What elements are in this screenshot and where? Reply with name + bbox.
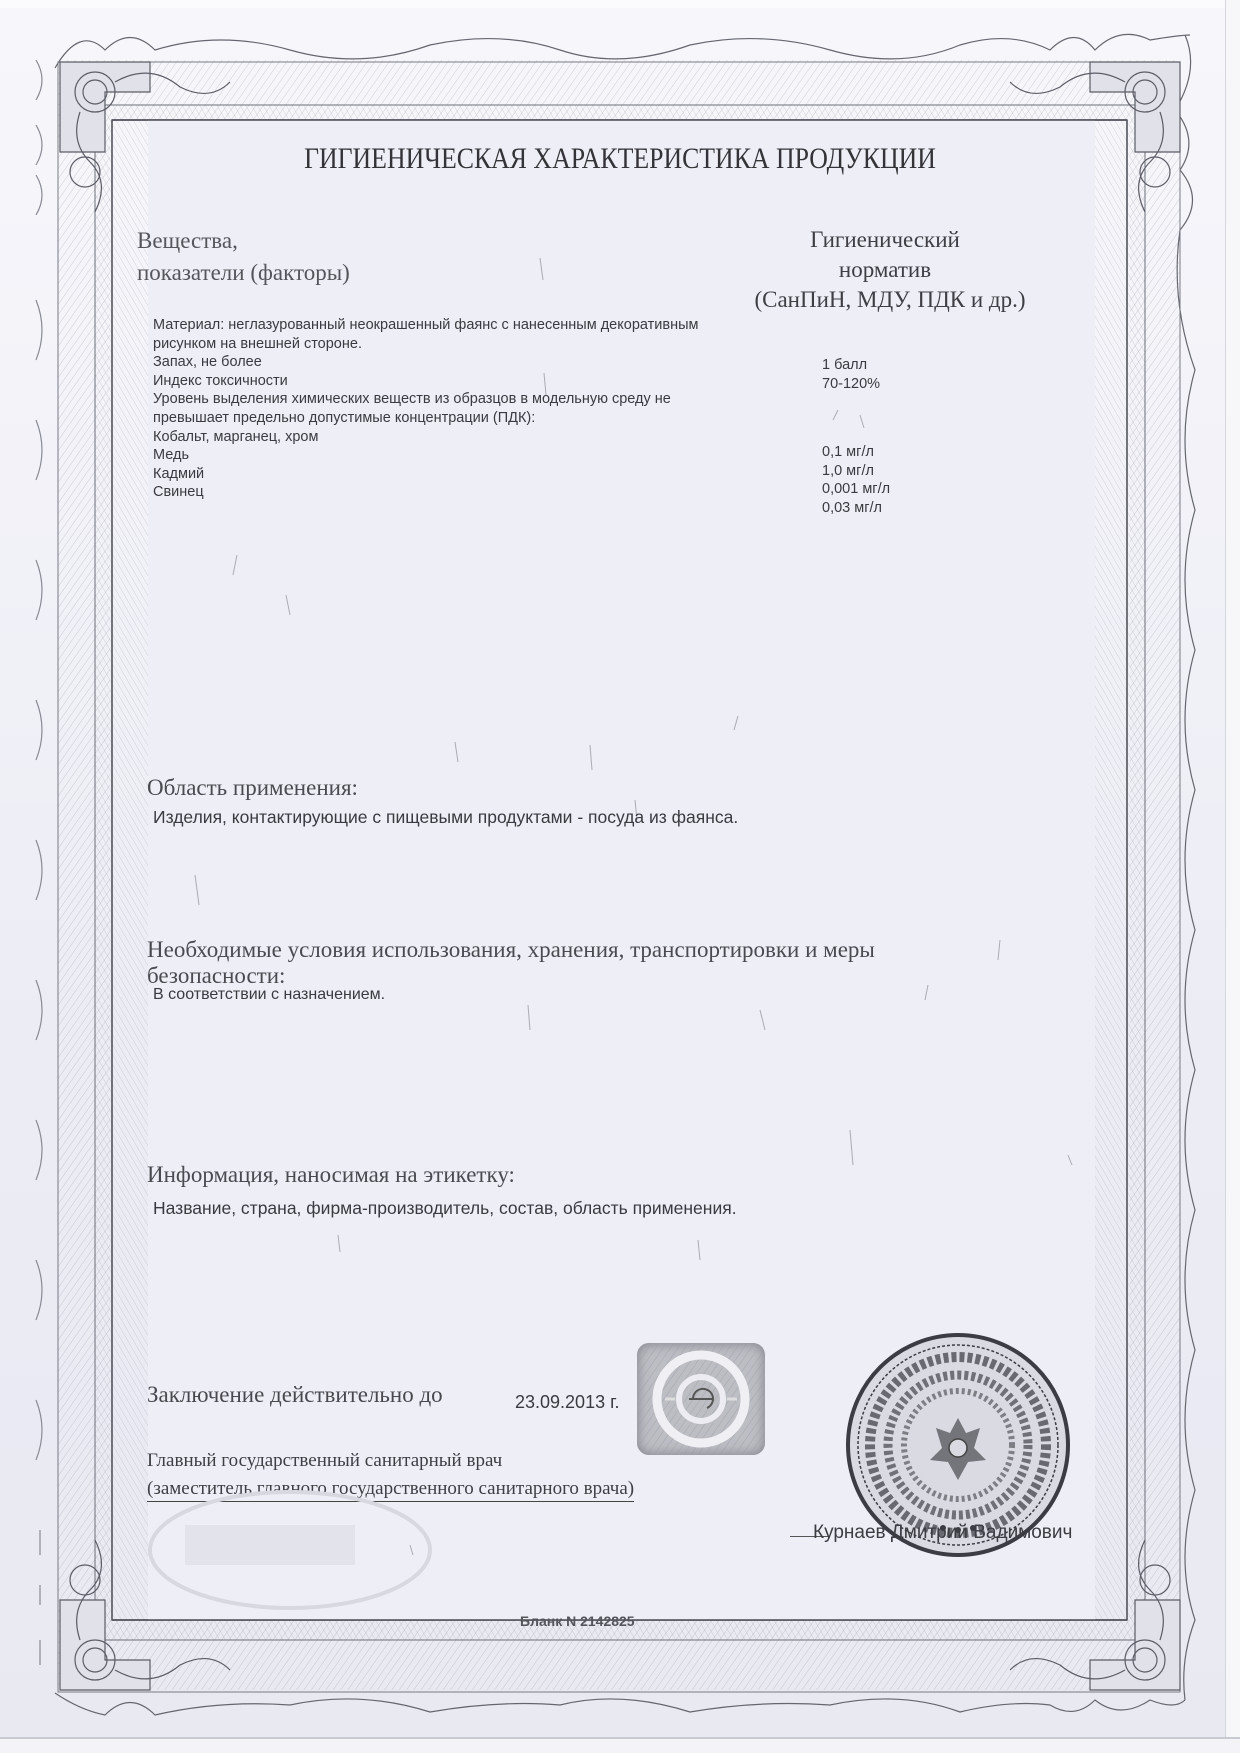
column-header-substances: Вещества, показатели (факторы) (137, 225, 350, 289)
norm-values-group1: 1 балл 70-120% (822, 356, 880, 393)
label-info-body: Название, страна, фирма-производитель, с… (153, 1198, 737, 1219)
properties-list: Материал: неглазурованный неокрашенный ф… (153, 316, 698, 502)
column-header-norm-line1: Гигиенический (720, 225, 1050, 255)
column-header-norm-line2: норматив (720, 255, 1050, 285)
property-label: Индекс токсичности (153, 372, 698, 391)
label-info-heading: Информация, наносимая на этикетку: (147, 1162, 515, 1188)
validity-date: 23.09.2013 г. (515, 1392, 619, 1413)
signatory-title: Главный государственный санитарный врач (147, 1450, 502, 1472)
conditions-heading-line1: Необходимые условия использования, хране… (147, 937, 875, 963)
norm-value-toxicity: 70-120% (822, 375, 880, 394)
hologram-emblem-icon (637, 1343, 765, 1455)
norm-value-cobalt: 0,1 мг/л (822, 443, 890, 462)
norm-value-copper: 1,0 мг/л (822, 462, 890, 481)
validity-label: Заключение действительно до (147, 1382, 443, 1408)
document-title: ГИГИЕНИЧЕСКАЯ ХАРАКТЕРИСТИКА ПРОДУКЦИИ (87, 142, 1153, 176)
scope-body: Изделия, контактирующие с пищевыми проду… (153, 807, 738, 828)
column-header-substances-line2: показатели (факторы) (137, 257, 350, 289)
conditions-body: В соответствии с назначением. (153, 986, 385, 1004)
norm-value-lead: 0,03 мг/л (822, 499, 890, 518)
property-label: Медь (153, 446, 698, 465)
column-header-norm-line3: (СанПиН, МДУ, ПДК и др.) (730, 285, 1050, 315)
norm-value-cadmium: 0,001 мг/л (822, 480, 890, 499)
hologram-sticker (637, 1343, 765, 1455)
faint-stamp-imprint (140, 1490, 440, 1610)
blank-number: Бланк N 2142825 (520, 1613, 635, 1629)
property-label: Свинец (153, 483, 698, 502)
scope-heading: Область применения: (147, 775, 358, 801)
property-label: рисунком на внешней стороне. (153, 335, 698, 354)
signatory-name: Курнаев Дмитрий Вадимович (813, 1522, 1072, 1544)
norm-value-odor: 1 балл (822, 356, 880, 375)
column-header-norm: Гигиенический норматив (СанПиН, МДУ, ПДК… (720, 225, 1050, 315)
property-label: Кобальт, марганец, хром (153, 428, 698, 447)
norm-values-group2: 0,1 мг/л 1,0 мг/л 0,001 мг/л 0,03 мг/л (822, 443, 890, 517)
property-label: превышает предельно допустимые концентра… (153, 409, 698, 428)
property-label: Кадмий (153, 465, 698, 484)
property-label: Запах, не более (153, 353, 698, 372)
column-header-substances-line1: Вещества, (137, 225, 350, 257)
property-label: Материал: неглазурованный неокрашенный ф… (153, 316, 698, 335)
property-label: Уровень выделения химических веществ из … (153, 390, 698, 409)
